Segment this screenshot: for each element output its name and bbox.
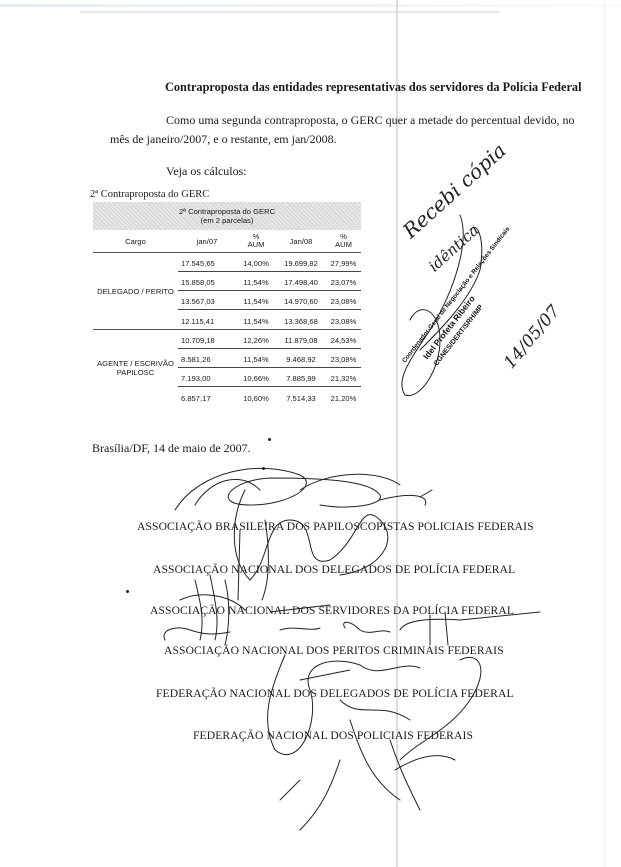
organization-ansef: ASSOCIAÇÃO NACIONAL DOS SERVIDORES DA PO… <box>150 604 514 617</box>
table-title-band: 2ª Contraproposta do GERC (em 2 parcelas… <box>93 202 361 230</box>
cell-pct2: 23,08% <box>326 297 361 306</box>
organization-abrapol: ASSOCIAÇÃO BRASILEIRA DOS PAPILOSCOPISTA… <box>137 520 534 533</box>
cell-pct1: 11,54% <box>236 355 276 364</box>
cell-pct1: 11,54% <box>236 278 276 287</box>
group-cargo-line-2: PAPILOSC <box>97 368 174 377</box>
table-row: 10.709,1812,26%11.879,0824,53% <box>178 330 361 349</box>
official-stamp: Coordenador-Geral de Negociação e Relaçõ… <box>393 225 583 385</box>
cell-pct2: 24,53% <box>326 336 361 345</box>
organization-adpf: ASSOCIAÇÃO NACIONAL DOS DELEGADOS DE POL… <box>153 563 515 576</box>
table-row: 12.115,4111,54%13.368,6823,08% <box>178 310 361 329</box>
header-cargo: Cargo <box>93 237 178 246</box>
table-caption: 2ª Contraproposta do GERC <box>90 189 209 200</box>
cell-pct1: 11,54% <box>236 297 276 306</box>
cell-jan08: 19.699,82 <box>276 259 326 268</box>
cell-jan08: 11.879,08 <box>276 336 326 345</box>
cell-pct2: 23,08% <box>326 317 361 326</box>
date-line: Brasília/DF, 14 de maio de 2007. <box>92 441 251 456</box>
cell-jan08: 7.514,33 <box>276 394 326 403</box>
scan-artifact-top <box>0 4 621 7</box>
cell-jan07: 7.193,00 <box>178 374 236 383</box>
organization-apcf: ASSOCIAÇÃO NACIONAL DOS PERITOS CRIMINAI… <box>164 644 504 657</box>
table-header-row: Cargo jan/07 % AUM Jan/08 % AUM <box>93 230 361 253</box>
cell-pct2: 21,32% <box>326 374 361 383</box>
cell-pct1: 10,60% <box>236 394 276 403</box>
group-rows: 17.545,6514,00%19.699,8227,99%15.858,051… <box>178 253 361 329</box>
table-row: 6.857,1710,60%7.514,3321,20% <box>178 387 361 406</box>
cell-pct2: 21,20% <box>326 394 361 403</box>
cell-pct1: 10,66% <box>236 374 276 383</box>
organization-fenadepol: FEDERAÇÃO NACIONAL DOS DELEGADOS DE POLÍ… <box>156 687 514 700</box>
document-title: Contraproposta das entidades representat… <box>165 80 582 95</box>
group-cargo-label: DELEGADO / PERITO <box>93 253 178 329</box>
table-band-line-2: (em 2 parcelas) <box>93 216 361 225</box>
header-jan08: Jan/08 <box>276 237 326 246</box>
cell-pct1: 11,54% <box>236 317 276 326</box>
cell-pct1: 12,26% <box>236 336 276 345</box>
table-row: 17.545,6514,00%19.699,8227,99% <box>178 253 361 272</box>
table-band-line-1: 2ª Contraproposta do GERC <box>93 207 361 216</box>
cell-jan07: 12.115,41 <box>178 317 236 326</box>
cell-jan07: 17.545,65 <box>178 259 236 268</box>
scan-artifact-top-2 <box>80 11 500 13</box>
paragraph-2: Veja os cálculos: <box>166 164 247 179</box>
cell-jan08: 17.498,40 <box>276 278 326 287</box>
cell-pct2: 23,08% <box>326 355 361 364</box>
cell-jan07: 15.858,05 <box>178 278 236 287</box>
paragraph-1-line-1: Como uma segunda contraproposta, o GERC … <box>166 113 575 128</box>
table-row: 15.858,0511,54%17.498,4023,07% <box>178 272 361 291</box>
group-cargo-line-1: AGENTE / ESCRIVÃO <box>97 359 174 368</box>
header-pct1: % AUM <box>236 233 276 249</box>
ink-dot <box>126 590 129 593</box>
group-cargo-label: AGENTE / ESCRIVÃO PAPILOSC <box>93 330 178 406</box>
cell-jan08: 7.885,99 <box>276 374 326 383</box>
cell-jan07: 13.567,03 <box>178 297 236 306</box>
table-row: 13.567,0311,54%14.970,6023,08% <box>178 291 361 310</box>
group-rows: 10.709,1812,26%11.879,0824,53%8.581,2611… <box>178 330 361 406</box>
table-row: 7.193,0010,66%7.885,9921,32% <box>178 368 361 387</box>
cell-jan07: 6.857,17 <box>178 394 236 403</box>
header-jan07: jan/07 <box>178 237 236 246</box>
table-group-delegado-perito: DELEGADO / PERITO 17.545,6514,00%19.699,… <box>93 253 361 330</box>
cell-jan08: 14.970,60 <box>276 297 326 306</box>
ink-dot <box>268 438 271 441</box>
cell-jan07: 8.581,26 <box>178 355 236 364</box>
header-pct2-label: AUM <box>326 241 361 249</box>
header-pct1-label: AUM <box>236 241 276 249</box>
table-group-agente-escrivao: AGENTE / ESCRIVÃO PAPILOSC 10.709,1812,2… <box>93 330 361 406</box>
paragraph-1-line-2: mês de janeiro/2007, e o restante, em ja… <box>110 132 337 147</box>
cell-jan08: 9.468,92 <box>276 355 326 364</box>
proposal-table: 2ª Contraproposta do GERC (em 2 parcelas… <box>93 202 361 406</box>
header-pct2: % AUM <box>326 233 361 249</box>
cell-pct1: 14,00% <box>236 259 276 268</box>
ink-dot <box>262 467 265 470</box>
cell-pct2: 23,07% <box>326 278 361 287</box>
table-row: 8.581,2611,54%9.468,9223,08% <box>178 349 361 368</box>
page-edge-line <box>604 0 605 867</box>
cell-pct2: 27,99% <box>326 259 361 268</box>
cell-jan07: 10.709,18 <box>178 336 236 345</box>
organization-fenapef: FEDERAÇÃO NACIONAL DOS POLICIAIS FEDERAI… <box>193 729 473 742</box>
cell-jan08: 13.368,68 <box>276 317 326 326</box>
